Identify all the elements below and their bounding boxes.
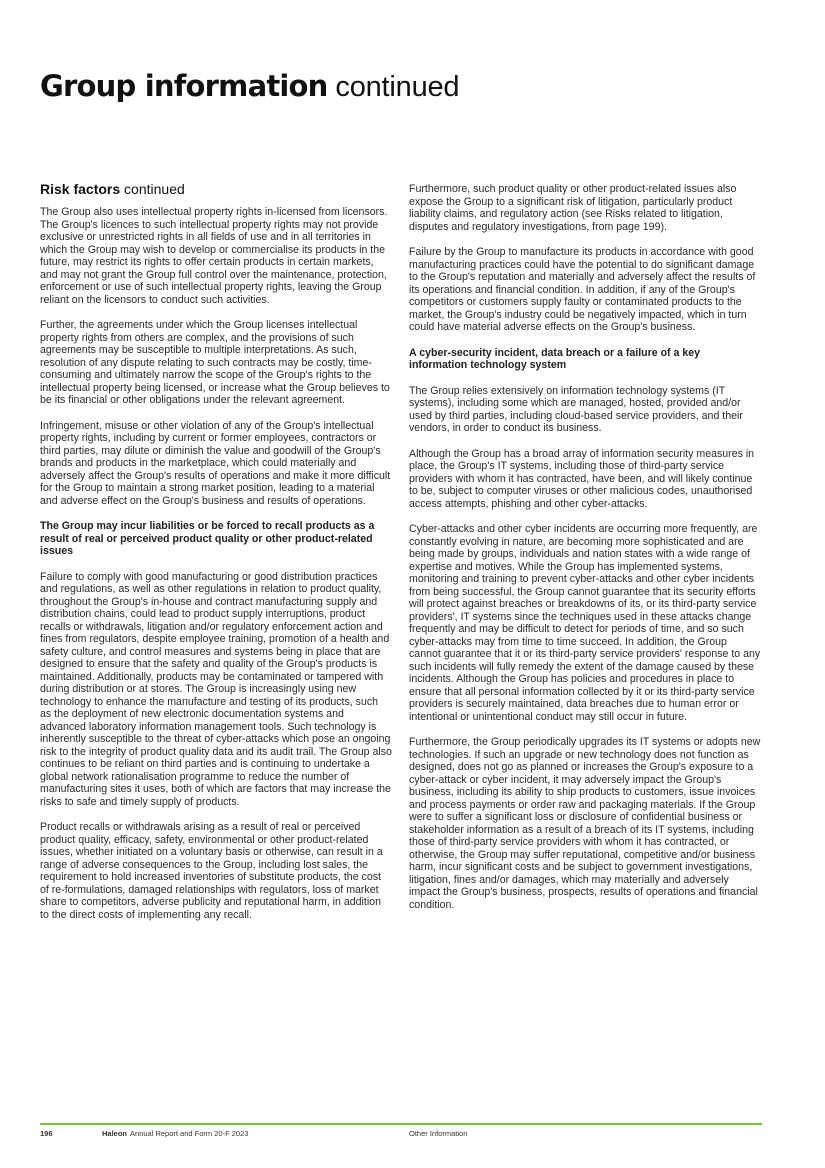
page-title: Group information continued: [40, 68, 459, 105]
section-title: Risk factors continued: [40, 180, 392, 198]
footer-report-name: Annual Report and Form 20-F 2023: [130, 1129, 248, 1138]
paragraph-recall-consequences: Product recalls or withdrawals arising a…: [40, 821, 392, 921]
footer-page-number: 196: [40, 1129, 53, 1139]
right-column: Furthermore, such product quality or oth…: [409, 183, 761, 924]
paragraph-manufacturing-failure: Failure by the Group to manufacture its …: [409, 246, 761, 334]
subheading-cyber-security-risk: A cyber-security incident, data breach o…: [409, 347, 761, 372]
footer-section-name: Other Information: [409, 1129, 467, 1139]
paragraph-cyber-attacks: Cyber-attacks and other cyber incidents …: [409, 523, 761, 723]
paragraph-it-reliance: The Group relies extensively on informat…: [409, 385, 761, 435]
paragraph-litigation-exposure: Furthermore, such product quality or oth…: [409, 183, 761, 233]
subheading-product-recall-risk: The Group may incur liabilities or be fo…: [40, 520, 392, 558]
left-column: Risk factors continued The Group also us…: [40, 180, 392, 934]
footer-report-title: HaleonAnnual Report and Form 20-F 2023: [102, 1129, 248, 1139]
footer-divider: [40, 1123, 762, 1125]
paragraph-ip-infringement: Infringement, misuse or other violation …: [40, 420, 392, 508]
section-title-suffix: continued: [120, 181, 185, 197]
paragraph-licence-agreements: Further, the agreements under which the …: [40, 319, 392, 407]
paragraph-security-measures: Although the Group has a broad array of …: [409, 448, 761, 511]
paragraph-manufacturing-compliance: Failure to comply with good manufacturin…: [40, 571, 392, 809]
page-title-bold: Group information: [40, 69, 328, 103]
paragraph-in-licensed-ip: The Group also uses intellectual propert…: [40, 206, 392, 306]
footer-brand-name: Haleon: [102, 1129, 127, 1138]
section-title-bold: Risk factors: [40, 181, 120, 197]
page-title-suffix: continued: [328, 71, 460, 103]
paragraph-it-upgrades: Furthermore, the Group periodically upgr…: [409, 736, 761, 911]
